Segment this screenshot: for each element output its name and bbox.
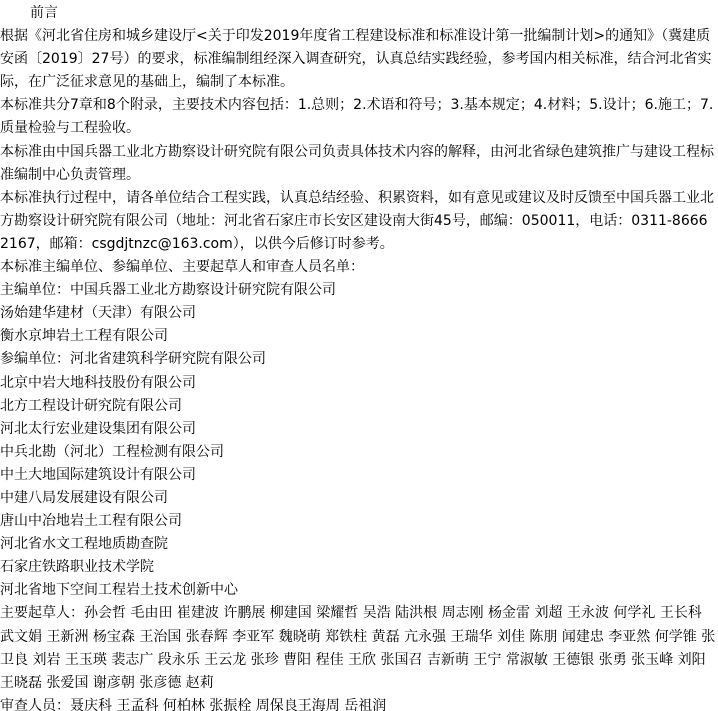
main-drafters: 主要起草人：孙会哲 毛由田 崔建波 许鹏展 柳建国 梁耀哲 吴浩 陆洪根 周志刚… — [0, 602, 716, 694]
participating-unit: 中土大地国际建筑设计有限公司 — [0, 464, 716, 487]
paragraph-list-intro: 本标准主编单位、参编单位、主要起草人和审查人员名单： — [0, 256, 716, 279]
paragraph-basis: 根据《河北省住房和城乡建设厅<关于印发2019年度省工程建设标准和标准设计第一批… — [0, 25, 716, 94]
participating-unit: 唐山中冶地岩土工程有限公司 — [0, 510, 716, 533]
document-body: 前言 根据《河北省住房和城乡建设厅<关于印发2019年度省工程建设标准和标准设计… — [0, 0, 718, 711]
paragraph-contents: 本标准共分7章和8个附录，主要技术内容包括：1.总则；2.术语和符号；3.基本规… — [0, 94, 716, 140]
participating-unit: 河北太行宏业建设集团有限公司 — [0, 418, 716, 441]
participating-unit: 中建八局发展建设有限公司 — [0, 487, 716, 510]
document-title: 前言 — [0, 2, 716, 25]
participating-unit: 河北省水文工程地质勘查院 — [0, 533, 716, 556]
reviewers: 审查人员：聂庆科 王孟科 何柏林 张振栓 周保良王海周 岳祖润 — [0, 695, 716, 711]
participating-unit: 石家庄铁路职业技术学院 — [0, 556, 716, 579]
participating-unit: 河北省地下空间工程岩土技术创新中心 — [0, 579, 716, 602]
participating-unit: 北方工程设计研究院有限公司 — [0, 395, 716, 418]
participating-unit: 参编单位：河北省建筑科学研究院有限公司 — [0, 348, 716, 371]
paragraph-feedback: 本标准执行过程中，请各单位结合工程实践，认真总结经验、积累资料，如有意见或建议及… — [0, 187, 716, 256]
paragraph-interpretation: 本标准由中国兵器工业北方勘察设计研究院有限公司负责具体技术内容的解释，由河北省绿… — [0, 141, 716, 187]
chief-editor-unit: 汤始建华建材（天津）有限公司 — [0, 302, 716, 325]
participating-unit: 中兵北勘（河北）工程检测有限公司 — [0, 441, 716, 464]
participating-unit: 北京中岩大地科技股份有限公司 — [0, 372, 716, 395]
chief-editor-unit: 主编单位：中国兵器工业北方勘察设计研究院有限公司 — [0, 279, 716, 302]
chief-editor-unit: 衡水京坤岩土工程有限公司 — [0, 325, 716, 348]
